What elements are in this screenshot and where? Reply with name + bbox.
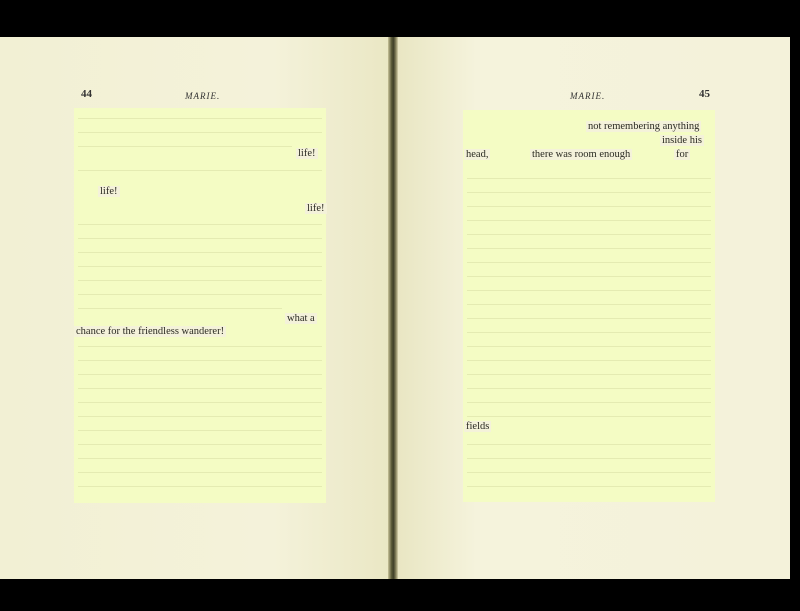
visible-word: fields xyxy=(464,421,491,432)
visible-word: what a xyxy=(285,313,317,324)
right-page-number: 45 xyxy=(699,88,710,100)
left-page-number: 44 xyxy=(81,88,92,100)
visible-word: inside his xyxy=(660,135,704,146)
visible-word: life! xyxy=(296,148,318,159)
left-running-title: MARIE. xyxy=(185,91,220,101)
visible-word: not remembering anything xyxy=(586,121,701,132)
visible-word: life! xyxy=(305,203,327,214)
visible-word: for xyxy=(674,149,690,160)
visible-word: there was room enough xyxy=(530,149,632,160)
book-spine xyxy=(388,37,398,579)
right-running-title: MARIE. xyxy=(570,91,605,101)
visible-word: chance for the friendless wanderer! xyxy=(74,326,226,337)
visible-word: life! xyxy=(98,186,120,197)
visible-word: head, xyxy=(464,149,490,160)
